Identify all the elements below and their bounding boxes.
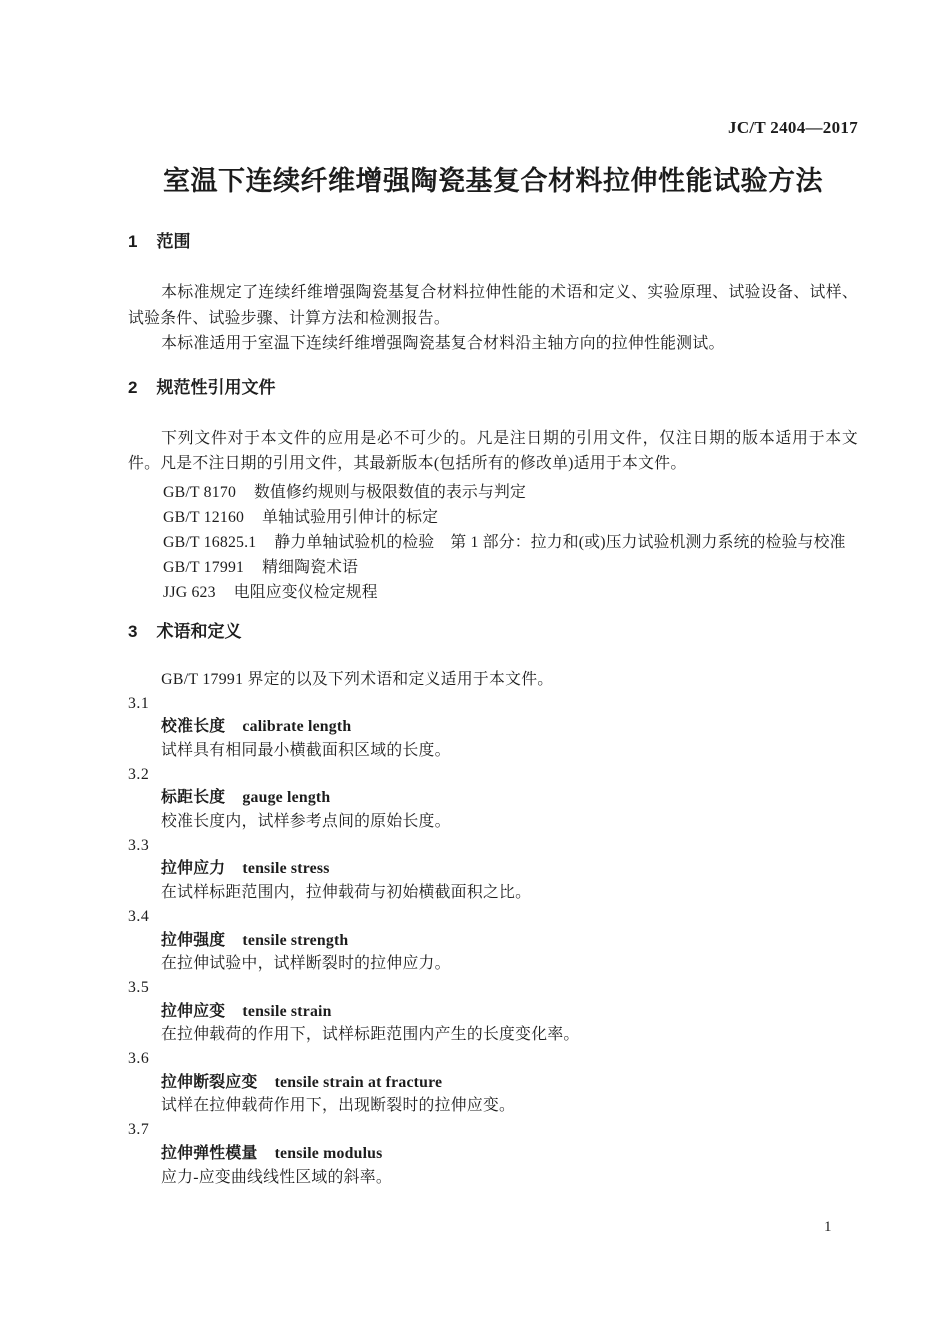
term-name-chinese: 校准长度 bbox=[161, 715, 225, 739]
term-name-english: tensile strength bbox=[242, 932, 348, 949]
reference-title: 电阻应变仪检定规程 bbox=[234, 584, 378, 601]
term-number: 3.5 bbox=[128, 976, 858, 1000]
term-name-chinese: 拉伸强度 bbox=[161, 929, 225, 953]
term-definition: 应力-应变曲线线性区域的斜率。 bbox=[128, 1166, 858, 1190]
term-heading: 标距长度gauge length bbox=[128, 786, 858, 810]
term-name-chinese: 拉伸断裂应变 bbox=[161, 1071, 258, 1095]
section-number: 1 bbox=[128, 232, 137, 252]
reference-code: GB/T 16825.1 bbox=[163, 530, 256, 555]
scope-paragraph-1: 本标准规定了连续纤维增强陶瓷基复合材料拉伸性能的术语和定义、实验原理、试验设备、… bbox=[128, 280, 858, 331]
reference-item: GB/T 16825.1静力单轴试验机的检验 第 1 部分：拉力和(或)压力试验… bbox=[128, 530, 858, 555]
term-name-chinese: 拉伸应变 bbox=[161, 1000, 225, 1024]
term-name-english: gauge length bbox=[242, 789, 330, 806]
reference-title: 单轴试验用引伸计的标定 bbox=[262, 509, 438, 526]
references-intro: 下列文件对于本文件的应用是必不可少的。凡是注日期的引用文件，仅注日期的版本适用于… bbox=[128, 426, 858, 477]
section-title: 术语和定义 bbox=[156, 622, 241, 641]
section-heading-terms-definitions: 3术语和定义 bbox=[128, 622, 858, 642]
term-entry: 3.1 校准长度calibrate length 试样具有相同最小横截面积区域的… bbox=[128, 692, 858, 763]
reference-item: GB/T 8170数值修约规则与极限数值的表示与判定 bbox=[128, 480, 858, 505]
term-entry: 3.2 标距长度gauge length 校准长度内，试样参考点间的原始长度。 bbox=[128, 763, 858, 834]
term-number: 3.4 bbox=[128, 905, 858, 929]
section-heading-normative-references: 2规范性引用文件 bbox=[128, 378, 858, 398]
section-number: 3 bbox=[128, 622, 137, 642]
page-number: 1 bbox=[824, 1217, 832, 1237]
terms-list: 3.1 校准长度calibrate length 试样具有相同最小横截面积区域的… bbox=[128, 692, 858, 1190]
section-heading-scope: 1范围 bbox=[128, 232, 858, 252]
term-name-english: tensile strain bbox=[242, 1003, 331, 1020]
reference-item: GB/T 12160单轴试验用引伸计的标定 bbox=[128, 505, 858, 530]
term-entry: 3.5 拉伸应变tensile strain 在拉伸载荷的作用下，试样标距范围内… bbox=[128, 976, 858, 1047]
term-definition: 试样具有相同最小横截面积区域的长度。 bbox=[128, 739, 858, 763]
section-title: 范围 bbox=[156, 232, 190, 251]
term-name-chinese: 标距长度 bbox=[161, 786, 225, 810]
term-entry: 3.6 拉伸断裂应变tensile strain at fracture 试样在… bbox=[128, 1047, 858, 1118]
term-name-english: tensile strain at fracture bbox=[275, 1074, 443, 1091]
reference-code: GB/T 17991 bbox=[163, 555, 244, 580]
term-number: 3.3 bbox=[128, 834, 858, 858]
section-number: 2 bbox=[128, 378, 137, 398]
reference-code: GB/T 8170 bbox=[163, 480, 236, 505]
term-definition: 在拉伸载荷的作用下，试样标距范围内产生的长度变化率。 bbox=[128, 1023, 858, 1047]
term-definition: 试样在拉伸载荷作用下，出现断裂时的拉伸应变。 bbox=[128, 1094, 858, 1118]
reference-item: GB/T 17991精细陶瓷术语 bbox=[128, 555, 858, 580]
term-number: 3.1 bbox=[128, 692, 858, 716]
term-definition: 在拉伸试验中，试样断裂时的拉伸应力。 bbox=[128, 952, 858, 976]
section-title: 规范性引用文件 bbox=[156, 378, 275, 397]
term-entry: 3.3 拉伸应力tensile stress 在试样标距范围内，拉伸载荷与初始横… bbox=[128, 834, 858, 905]
reference-title: 静力单轴试验机的检验 第 1 部分：拉力和(或)压力试验机测力系统的检验与校准 bbox=[274, 534, 845, 551]
term-heading: 拉伸强度tensile strength bbox=[128, 929, 858, 953]
term-entry: 3.7 拉伸弹性模量tensile modulus 应力-应变曲线线性区域的斜率… bbox=[128, 1118, 858, 1189]
term-entry: 3.4 拉伸强度tensile strength 在拉伸试验中，试样断裂时的拉伸… bbox=[128, 905, 858, 976]
term-definition: 在试样标距范围内，拉伸载荷与初始横截面积之比。 bbox=[128, 881, 858, 905]
scope-paragraph-2: 本标准适用于室温下连续纤维增强陶瓷基复合材料沿主轴方向的拉伸性能测试。 bbox=[128, 331, 858, 357]
term-number: 3.2 bbox=[128, 763, 858, 787]
term-name-english: tensile stress bbox=[242, 860, 329, 877]
term-name-chinese: 拉伸应力 bbox=[161, 857, 225, 881]
reference-title: 精细陶瓷术语 bbox=[262, 559, 358, 576]
document-page: JC/T 2404—2017 室温下连续纤维增强陶瓷基复合材料拉伸性能试验方法 … bbox=[0, 0, 950, 1335]
reference-code: JJG 623 bbox=[163, 580, 216, 605]
document-title: 室温下连续纤维增强陶瓷基复合材料拉伸性能试验方法 bbox=[128, 163, 858, 199]
term-heading: 拉伸断裂应变tensile strain at fracture bbox=[128, 1071, 858, 1095]
term-name-english: tensile modulus bbox=[275, 1145, 383, 1162]
page-content: JC/T 2404—2017 室温下连续纤维增强陶瓷基复合材料拉伸性能试验方法 … bbox=[128, 0, 858, 1189]
term-number: 3.7 bbox=[128, 1118, 858, 1142]
term-number: 3.6 bbox=[128, 1047, 858, 1071]
terms-intro: GB/T 17991 界定的以及下列术语和定义适用于本文件。 bbox=[128, 667, 858, 692]
reference-code: GB/T 12160 bbox=[163, 505, 244, 530]
reference-list: GB/T 8170数值修约规则与极限数值的表示与判定 GB/T 12160单轴试… bbox=[128, 480, 858, 605]
standard-code: JC/T 2404—2017 bbox=[128, 118, 858, 138]
term-heading: 拉伸弹性模量tensile modulus bbox=[128, 1142, 858, 1166]
term-heading: 拉伸应力tensile stress bbox=[128, 857, 858, 881]
term-heading: 拉伸应变tensile strain bbox=[128, 1000, 858, 1024]
reference-title: 数值修约规则与极限数值的表示与判定 bbox=[254, 484, 526, 501]
term-heading: 校准长度calibrate length bbox=[128, 715, 858, 739]
term-definition: 校准长度内，试样参考点间的原始长度。 bbox=[128, 810, 858, 834]
term-name-chinese: 拉伸弹性模量 bbox=[161, 1142, 258, 1166]
reference-item: JJG 623电阻应变仪检定规程 bbox=[128, 580, 858, 605]
term-name-english: calibrate length bbox=[242, 718, 351, 735]
